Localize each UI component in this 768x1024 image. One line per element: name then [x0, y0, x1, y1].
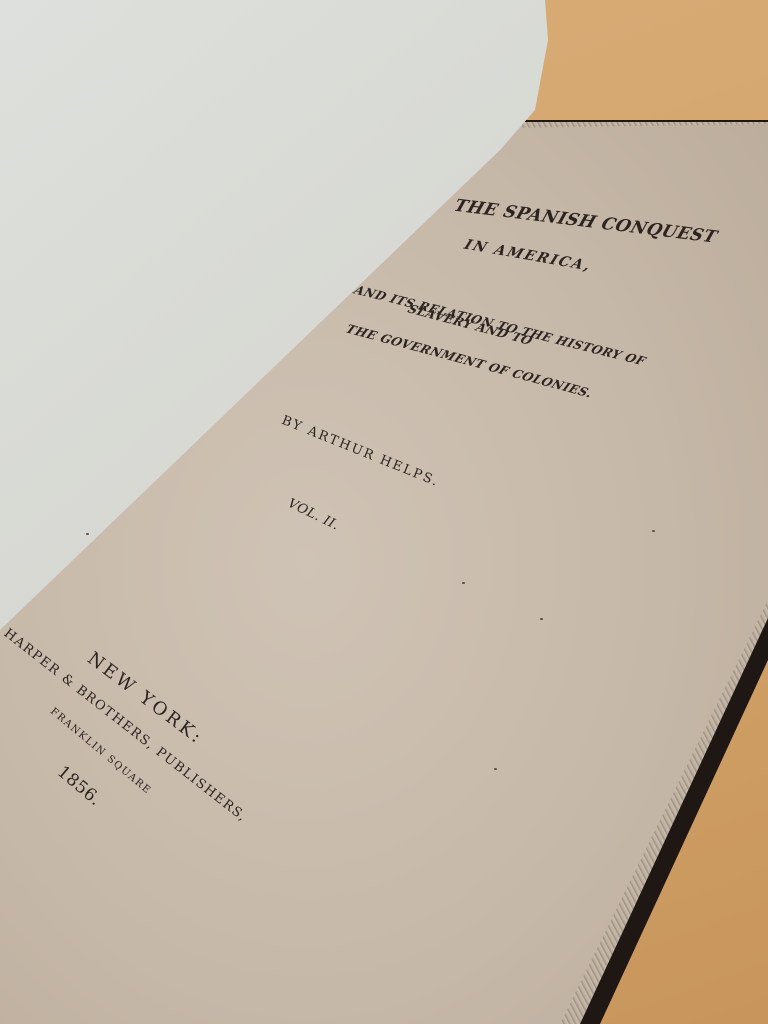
paper-speck — [540, 618, 543, 620]
paper-speck — [462, 582, 465, 584]
paper-speck — [86, 533, 89, 535]
paper-speck — [652, 530, 655, 532]
paper-speck — [494, 768, 497, 770]
